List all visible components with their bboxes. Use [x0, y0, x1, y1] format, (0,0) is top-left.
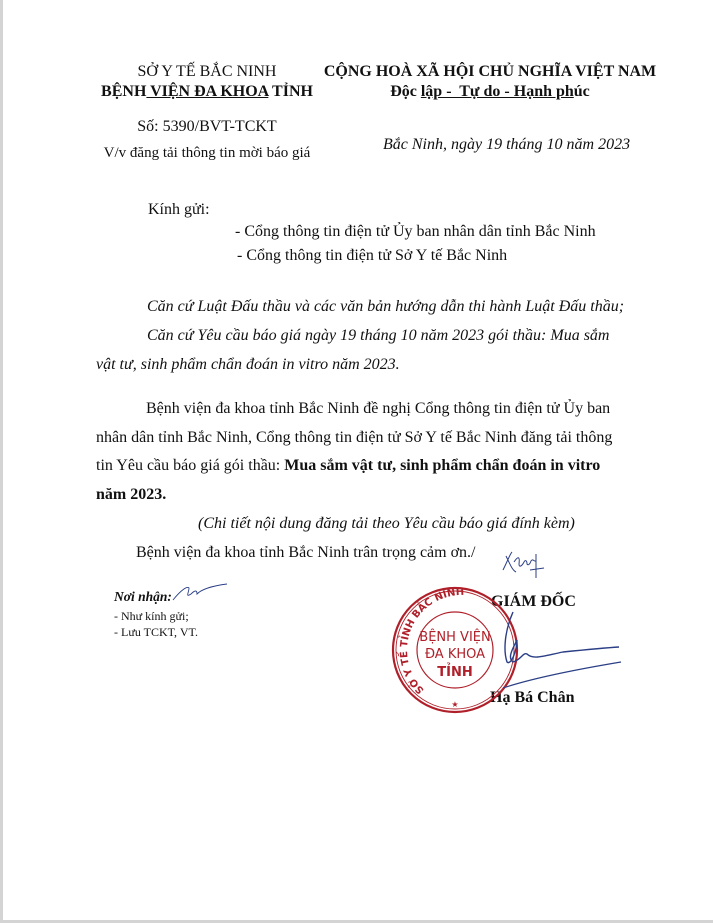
request-line: tin Yêu cầu báo giá gói thầu: Mua sắm vậ… — [96, 456, 600, 476]
attachment-note: (Chi tiết nội dung đăng tải theo Yêu cầu… — [198, 514, 575, 534]
initials-signature-icon — [500, 548, 550, 580]
basis-line: vật tư, sinh phẩm chẩn đoán in vitro năm… — [96, 355, 400, 375]
basis-line: Căn cứ Luật Đấu thầu và các văn bản hướn… — [147, 297, 624, 317]
director-signature-icon — [483, 600, 623, 695]
organization-name: BỆNH VIỆN ĐA KHOA TỈNH — [96, 82, 318, 102]
recipients-label: Kính gửi: — [148, 200, 210, 220]
issuer-block: SỞ Y TẾ BẮC NINH BỆNH VIỆN ĐA KHOA TỈNH … — [96, 62, 318, 163]
document-subject: V/v đăng tải thông tin mời báo giá — [96, 143, 318, 163]
nation-title: CỘNG HOÀ XÃ HỘI CHỦ NGHĨA VIỆT NAM — [311, 62, 669, 82]
request-text: tin Yêu cầu báo giá gói thầu: — [96, 457, 284, 474]
thanks-line: Bệnh viện đa khoa tỉnh Bắc Ninh trân trọ… — [136, 543, 476, 563]
place-date: Bắc Ninh, ngày 19 tháng 10 năm 2023 — [383, 136, 630, 154]
request-line: Bệnh viện đa khoa tỉnh Bắc Ninh đề nghị … — [146, 399, 610, 419]
document-page: SỞ Y TẾ BẮC NINH BỆNH VIỆN ĐA KHOA TỈNH … — [3, 0, 713, 920]
recipient-item: - Cổng thông tin điện tử Ủy ban nhân dân… — [235, 222, 596, 242]
svg-text:TỈNH: TỈNH — [437, 663, 472, 680]
footer-recipient-item: - Như kính gửi; — [114, 609, 189, 624]
nation-block: CỘNG HOÀ XÃ HỘI CHỦ NGHĨA VIỆT NAM Độc l… — [311, 62, 669, 102]
motto-part: úc — [574, 83, 590, 100]
package-year: năm 2023. — [96, 485, 166, 505]
svg-text:★: ★ — [451, 700, 458, 709]
recipient-item: - Cổng thông tin điện tử Sở Y tế Bắc Nin… — [237, 246, 507, 266]
motto-underlined: lập - Tự do - Hạnh ph — [421, 83, 574, 100]
national-motto: Độc lập - Tự do - Hạnh phúc — [311, 82, 669, 102]
org-name-underlined: VIỆN ĐA KHOA — [146, 83, 268, 100]
svg-text:BỆNH VIỆN: BỆNH VIỆN — [419, 629, 490, 645]
org-name-part: TỈNH — [268, 83, 313, 100]
document-number: Số: 5390/BVT-TCKT — [96, 117, 318, 137]
agency-name: SỞ Y TẾ BẮC NINH — [96, 62, 318, 82]
org-name-part: BỆNH — [101, 83, 146, 100]
footer-recipient-item: - Lưu TCKT, VT. — [114, 625, 198, 640]
request-line: nhân dân tỉnh Bắc Ninh, Cổng thông tin đ… — [96, 428, 612, 448]
svg-text:ĐA KHOA: ĐA KHOA — [425, 647, 485, 662]
motto-part: Độc — [390, 83, 421, 100]
paraph-signature-icon — [171, 582, 231, 604]
package-name: Mua sắm vật tư, sinh phẩm chẩn đoán in v… — [284, 457, 600, 474]
basis-line: Căn cứ Yêu cầu báo giá ngày 19 tháng 10 … — [147, 326, 609, 346]
footer-recipients-label: Nơi nhận: — [114, 589, 172, 605]
